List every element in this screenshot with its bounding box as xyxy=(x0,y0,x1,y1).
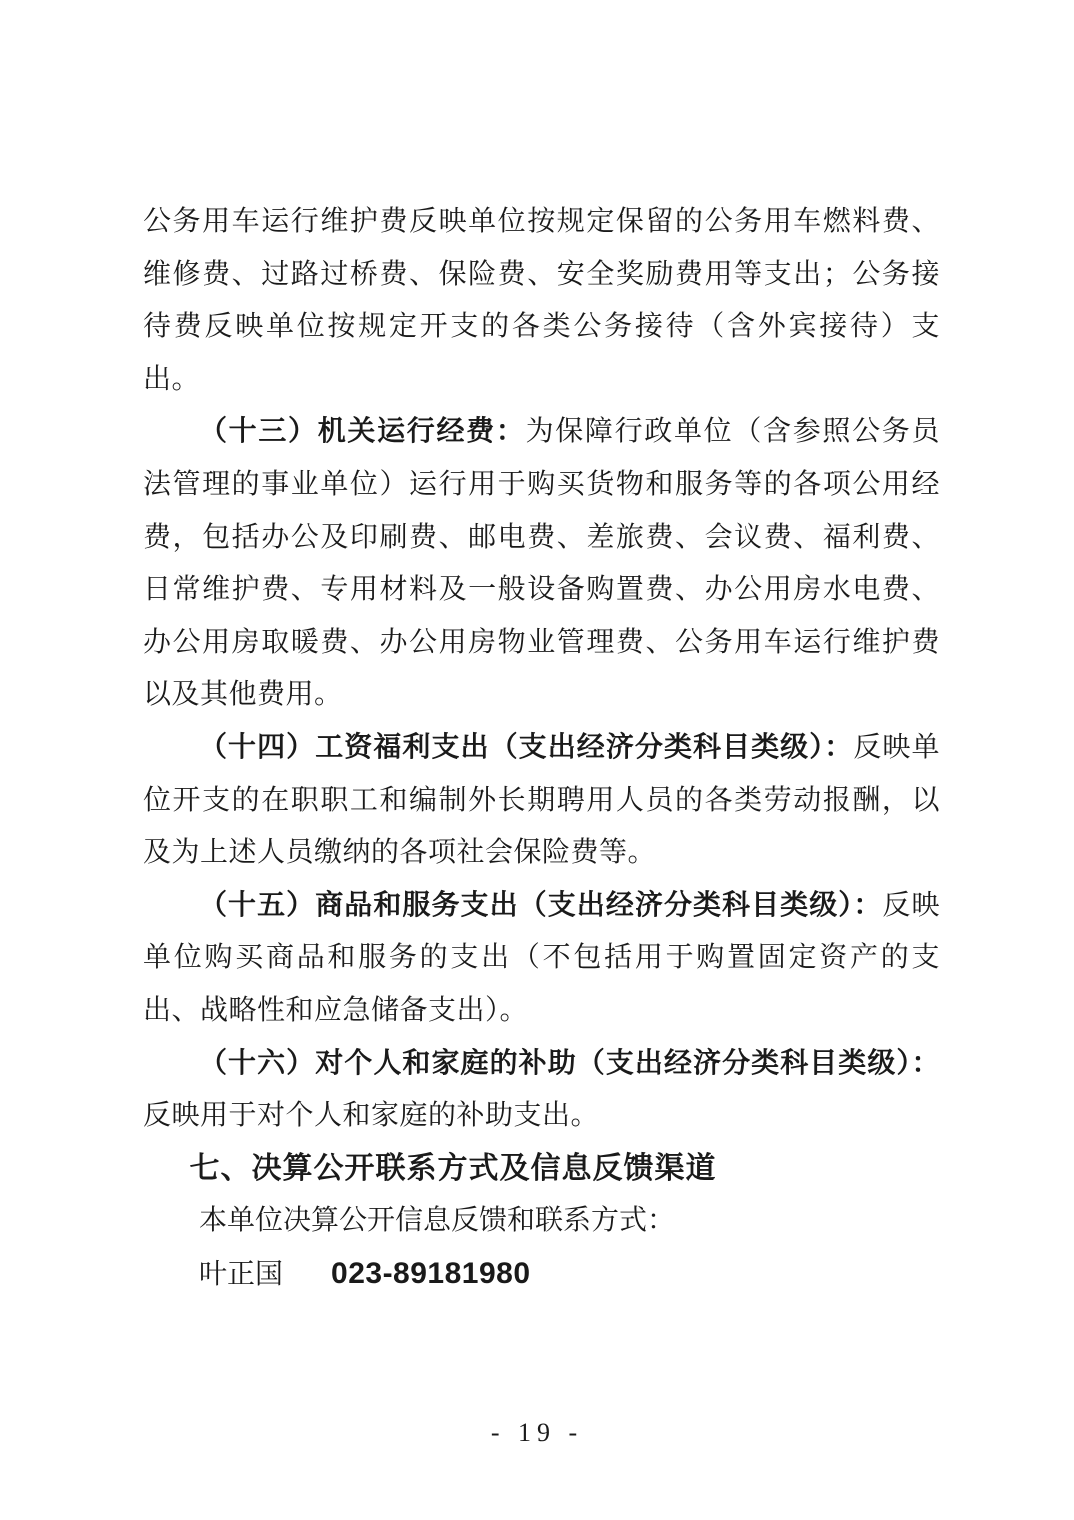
paragraph-item-13: （十三）机关运行经费：为保障行政单位（含参照公务员法管理的事业单位）运行用于购买… xyxy=(143,406,940,722)
paragraph-item-15: （十五）商品和服务支出（支出经济分类科目类级）：反映单位购买商品和服务的支出（不… xyxy=(143,880,940,1038)
paragraph-text: 反映用于对个人和家庭的补助支出。 xyxy=(143,1100,599,1131)
paragraph-text: 公务用车运行维护费反映单位按规定保留的公务用车燃料费、维修费、过路过桥费、保险费… xyxy=(143,206,940,395)
paragraph-lead: （十五）商品和服务支出（支出经济分类科目类级）： xyxy=(199,890,882,921)
paragraph-item-14: （十四）工资福利支出（支出经济分类科目类级）：反映单位开支的在职职工和编制外长期… xyxy=(143,722,940,880)
paragraph-lead: （十四）工资福利支出（支出经济分类科目类级）： xyxy=(199,732,853,763)
paragraph-vehicle-maintenance: 公务用车运行维护费反映单位按规定保留的公务用车燃料费、维修费、过路过桥费、保险费… xyxy=(143,196,940,406)
paragraph-item-16: （十六）对个人和家庭的补助（支出经济分类科目类级）：反映用于对个人和家庭的补助支… xyxy=(143,1038,940,1143)
paragraph-lead: （十六）对个人和家庭的补助（支出经济分类科目类级）： xyxy=(199,1048,940,1079)
paragraph-text: 为保障行政单位（含参照公务员法管理的事业单位）运行用于购买货物和服务等的各项公用… xyxy=(143,416,940,710)
document-page: 公务用车运行维护费反映单位按规定保留的公务用车燃料费、维修费、过路过桥费、保险费… xyxy=(0,0,1074,1520)
contact-intro: 本单位决算公开信息反馈和联系方式： xyxy=(143,1195,940,1248)
contact-line: 叶正国023-89181980 xyxy=(143,1248,940,1302)
paragraph-lead: （十三）机关运行经费： xyxy=(199,416,526,447)
page-number: - 19 - xyxy=(0,1418,1074,1448)
contact-phone: 023-89181980 xyxy=(331,1257,531,1290)
section-heading: 七、决算公开联系方式及信息反馈渠道 xyxy=(143,1143,940,1196)
document-body: 公务用车运行维护费反映单位按规定保留的公务用车燃料费、维修费、过路过桥费、保险费… xyxy=(143,196,940,1301)
contact-name: 叶正国 xyxy=(199,1259,283,1290)
